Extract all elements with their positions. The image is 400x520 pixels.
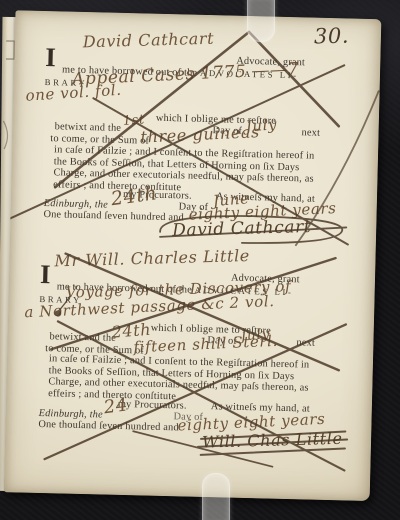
entry2-drop-cap: I — [40, 262, 51, 287]
entry1-year-line: One thouſand ſeven hundred and — [43, 209, 184, 224]
acrylic-page-holder-top — [247, 0, 275, 42]
entry1-next: next — [301, 127, 320, 139]
entry1-borrower-name: David Cathcart — [83, 31, 215, 51]
entry2-next: next — [296, 337, 315, 349]
entry2-borrower-name: Mr Will. Charles Little — [54, 248, 250, 269]
entry2-signature: Will. Chas Little — [202, 431, 343, 451]
entry1-book-volume: one vol. fol. — [25, 83, 122, 104]
register-page: 30. David Cathcart I Advocate, grant me … — [4, 10, 382, 501]
entry2-signed-day: 24 — [103, 396, 129, 417]
entry2-penalty-sum: fifteen shill Sterl. — [133, 334, 278, 356]
entry2-year-line: One thouſand ſeven hundred and — [38, 418, 179, 433]
folio-number: 30. — [314, 26, 350, 48]
entry1-signed-day: 24th — [110, 184, 159, 209]
acrylic-page-holder-bottom — [202, 473, 230, 520]
entry1-signature: David Cathcart — [172, 219, 311, 240]
entry1-due-day: 1st — [122, 113, 145, 128]
photograph-of-register-page: { "document": { "page_number": "30." }, … — [0, 0, 400, 520]
entry1-drop-cap: I — [45, 45, 56, 70]
entry1-penalty-sum: three guineas — [140, 124, 260, 145]
